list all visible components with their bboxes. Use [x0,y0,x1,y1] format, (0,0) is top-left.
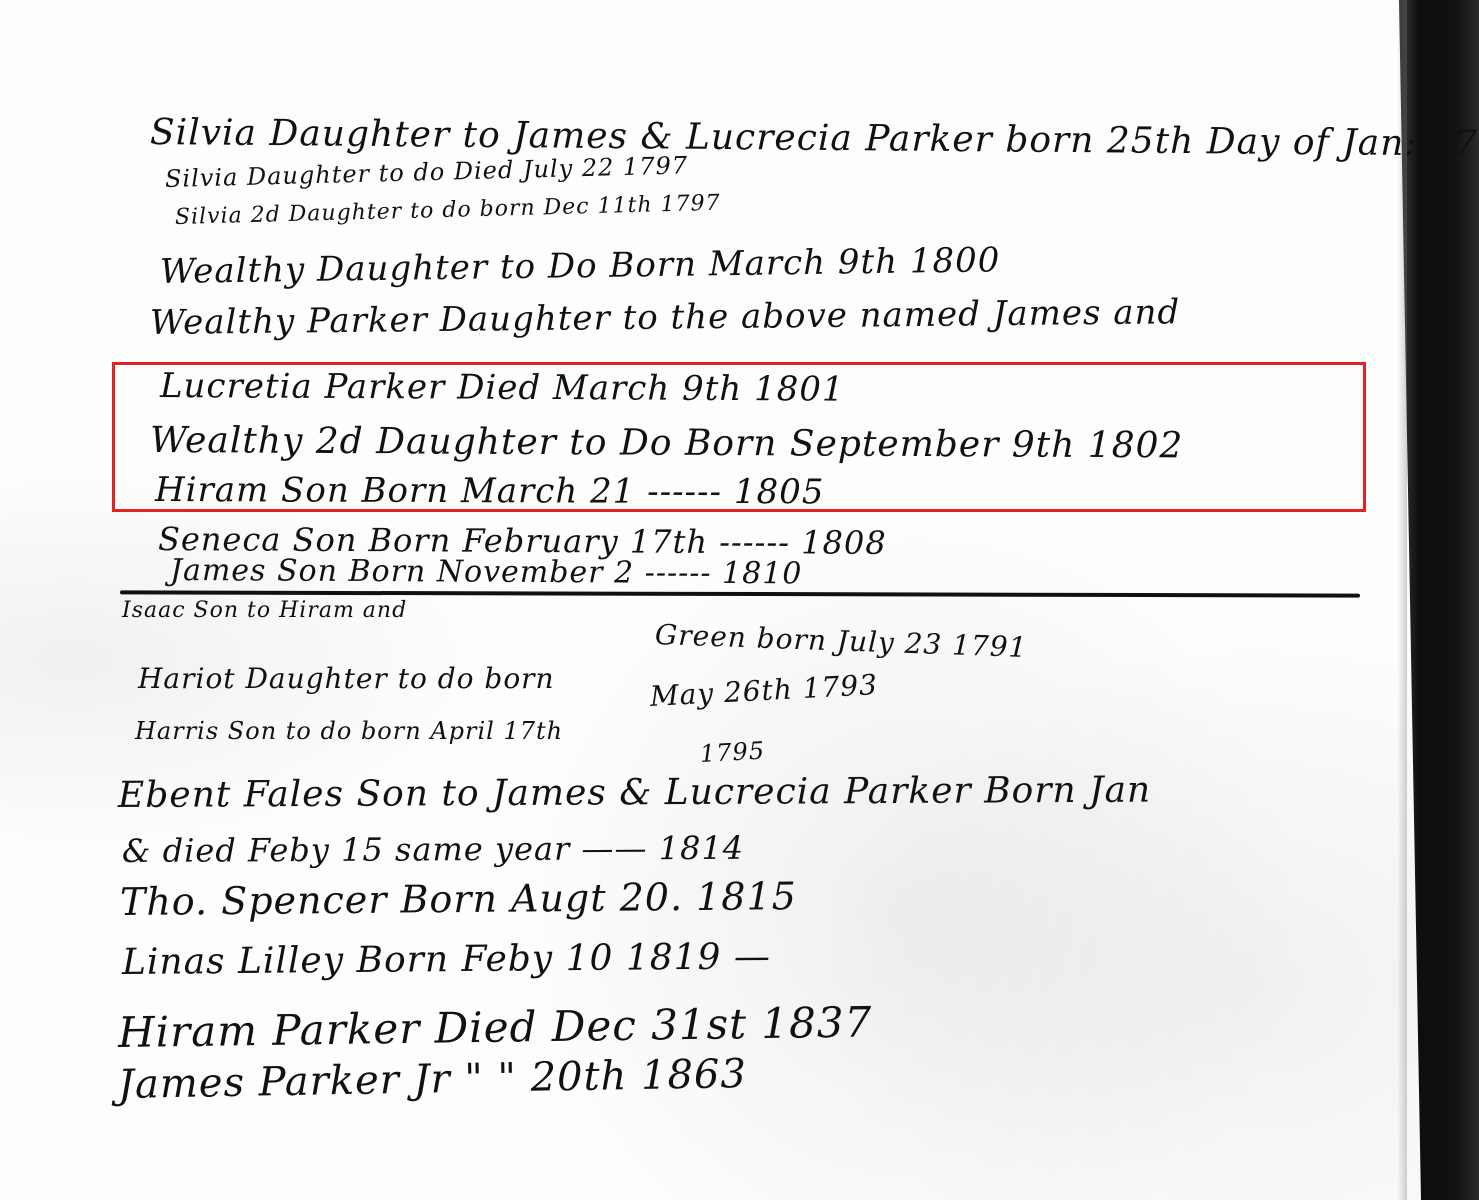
separator-rule [120,590,1360,597]
entry-line: Silvia 2d Daughter to do born Dec 11th 1… [175,191,721,230]
entry-line: James Son Born November 2 ------ 1810 [170,553,803,591]
entry-line: Wealthy Parker Daughter to the above nam… [150,292,1181,343]
entry-line: Linas Lilley Born Feby 10 1819 — [122,936,771,983]
entry-line: Green born July 23 1791 [654,618,1028,664]
scanned-document-page: Silvia Daughter to James & Lucrecia Park… [0,0,1479,1200]
entry-line: Silvia Daughter to do Died July 22 1797 [165,151,689,193]
binding-shadow [1397,0,1407,1200]
entry-line: Harris Son to do born April 17th [135,717,563,745]
entry-line: Ebent Fales Son to James & Lucrecia Park… [118,770,1151,816]
entry-line: & died Feby 15 same year —— 1814 [122,829,744,870]
book-binding-edge [1399,0,1479,1200]
entry-line: Silvia Daughter to James & Lucrecia Park… [150,112,1479,165]
entry-line: Wealthy Daughter to Do Born March 9th 18… [160,240,1001,292]
highlight-box [112,362,1366,512]
entry-line: Hiram Parker Died Dec 31st 1837 [118,997,873,1057]
entry-line: Isaac Son to Hiram and [122,598,407,623]
entry-line: 1795 [699,737,765,768]
entry-line: Tho. Spencer Born Augt 20. 1815 [120,874,797,924]
entry-line: James Parker Jr " " 20th 1863 [118,1051,748,1108]
entry-line: Hariot Daughter to do born [138,662,555,695]
entry-line: May 26th 1793 [649,668,879,713]
